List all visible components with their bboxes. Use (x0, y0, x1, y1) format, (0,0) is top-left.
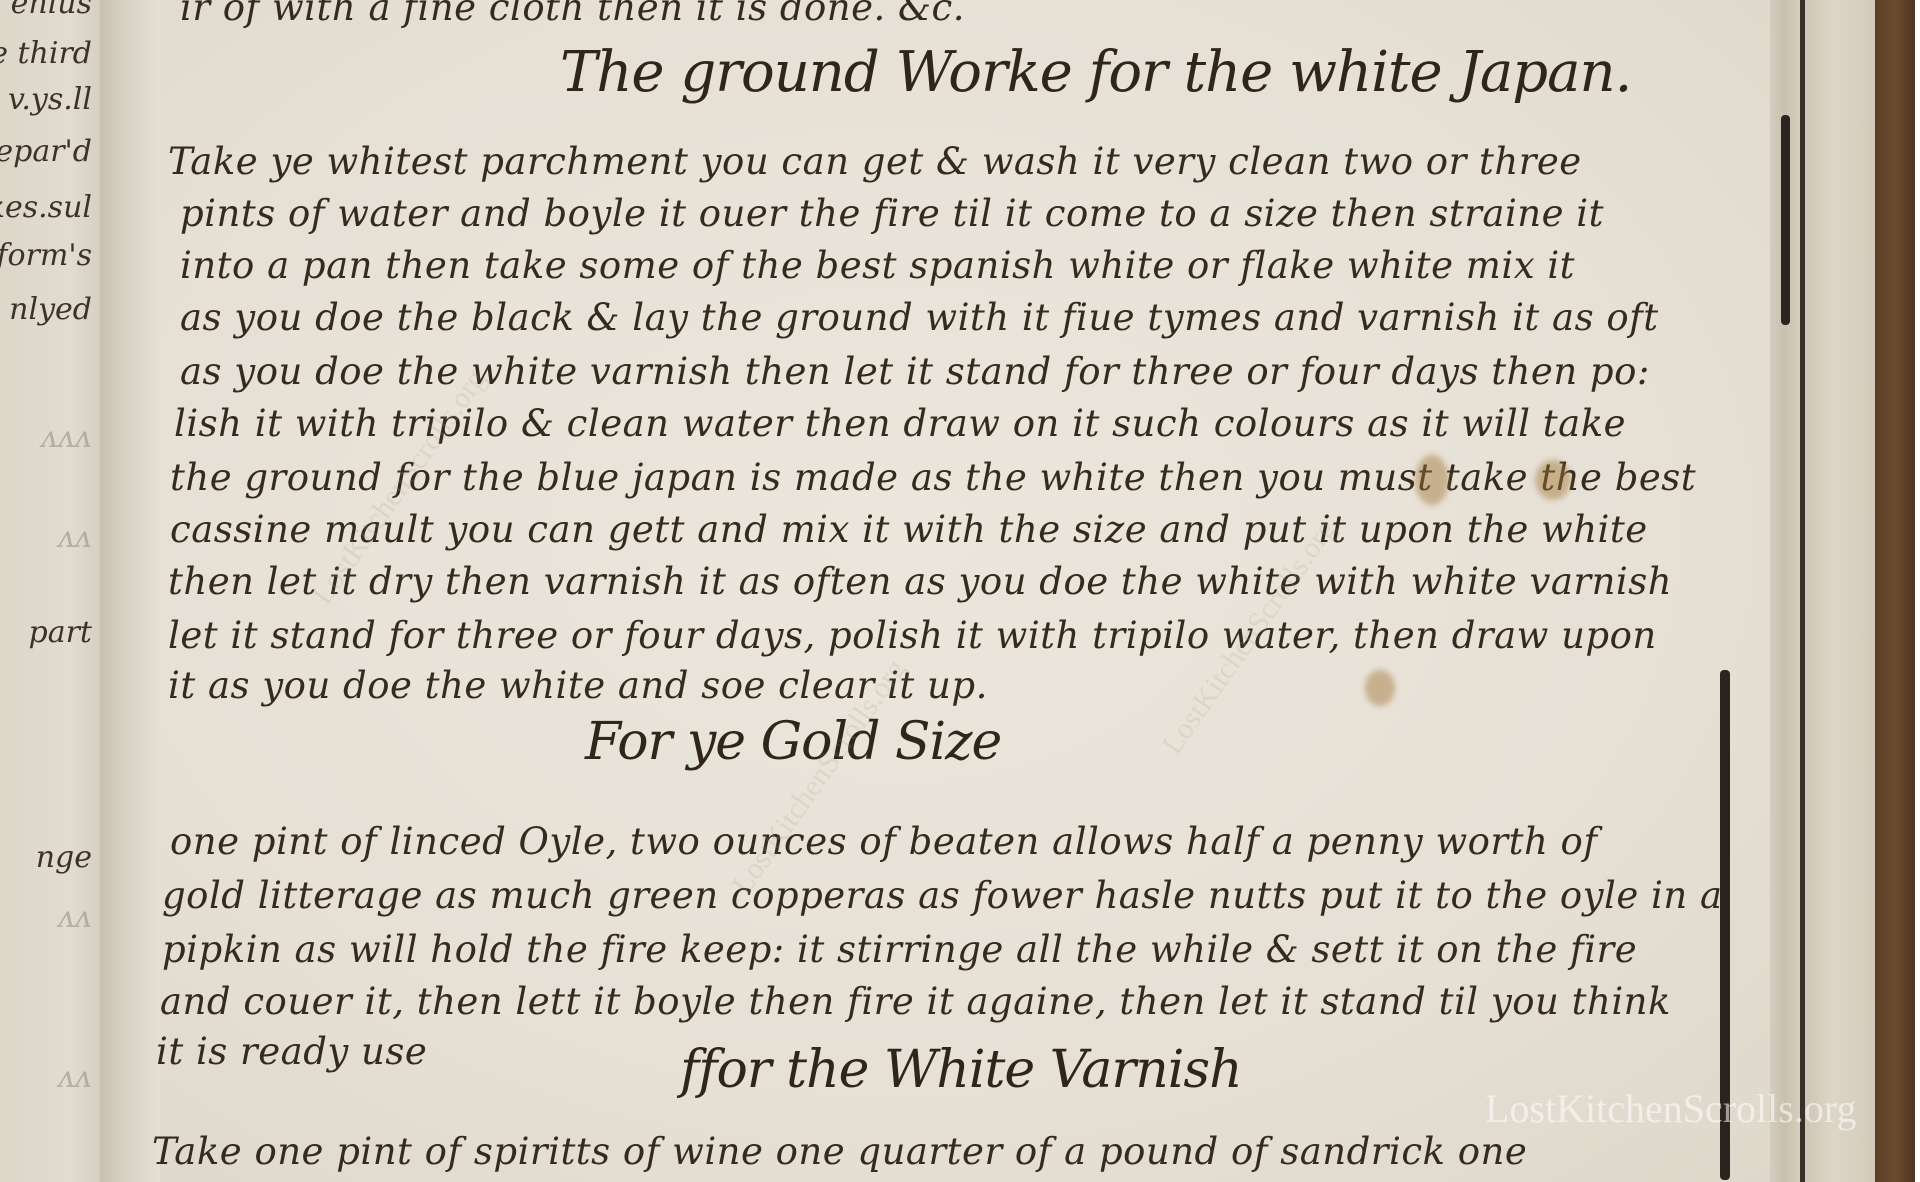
binding-board (1805, 0, 1875, 1182)
leather-cover (1875, 0, 1915, 1182)
facing-bleedthrough: ᴧᴧ (58, 520, 92, 555)
facing-bleedthrough: ᴧᴧ (58, 900, 92, 935)
ink-bleed-edge (1781, 115, 1790, 325)
foxing-stain (1365, 670, 1395, 706)
facing-margin-text: enius (11, 0, 92, 21)
body-line: and couer it, then lett it boyle then fi… (160, 980, 1671, 1023)
site-watermark: LostKitchenScrolls.org (1485, 1085, 1856, 1132)
background-edge (1915, 0, 1920, 1182)
facing-bleedthrough: ᴧᴧ (58, 1060, 92, 1095)
facing-margin-text: e third (0, 36, 92, 71)
body-line: it is ready use (156, 1030, 427, 1073)
body-line: let it stand for three or four days, pol… (168, 614, 1657, 657)
body-line: as you doe the black & lay the ground wi… (180, 296, 1659, 339)
body-line: pipkin as will hold the fire keep: it st… (162, 928, 1637, 971)
top-partial-line: ir of with a fine cloth then it is done.… (180, 0, 965, 29)
body-line: into a pan then take some of the best sp… (180, 244, 1575, 287)
facing-bleedthrough: ᴧᴧᴧ (41, 420, 92, 455)
body-line: pints of water and boyle it ouer the fir… (180, 192, 1604, 235)
manuscript-scan: enius e third v.ys.ll repar'd kes.sul e … (0, 0, 1920, 1182)
facing-page: enius e third v.ys.ll repar'd kes.sul e … (0, 0, 101, 1182)
facing-margin-text: v.ys.ll (8, 82, 92, 117)
manuscript-page: ir of with a fine cloth then it is done.… (160, 0, 1800, 1182)
foxing-stain (1535, 460, 1571, 500)
section-heading-white-japan: The ground Worke for the white Japan. (560, 40, 1631, 105)
body-line: one pint of linced Oyle, two ounces of b… (170, 820, 1598, 863)
body-line: gold litterage as much green copperas as… (162, 874, 1723, 917)
section-heading-gold-size: For ye Gold Size (585, 712, 1001, 772)
body-line: lish it with tripilo & clean water then … (174, 402, 1626, 445)
facing-margin-text: nge (36, 840, 92, 875)
facing-margin-text: repar'd (0, 134, 92, 169)
body-line: then let it dry then varnish it as often… (168, 560, 1672, 603)
facing-margin-text: part (29, 615, 93, 650)
body-line: Take ye whitest parchment you can get & … (168, 140, 1582, 183)
body-line: Take one pint of spiritts of wine one qu… (152, 1130, 1527, 1173)
section-heading-white-varnish: ffor the White Varnish (680, 1040, 1242, 1100)
book-gutter (100, 0, 160, 1182)
facing-margin-text: nlyed (9, 292, 92, 327)
body-line: as you doe the white varnish then let it… (180, 350, 1650, 393)
facing-margin-text: kes.sul (0, 190, 92, 225)
facing-margin-text: e form's (0, 238, 92, 273)
foxing-stain (1415, 455, 1449, 505)
